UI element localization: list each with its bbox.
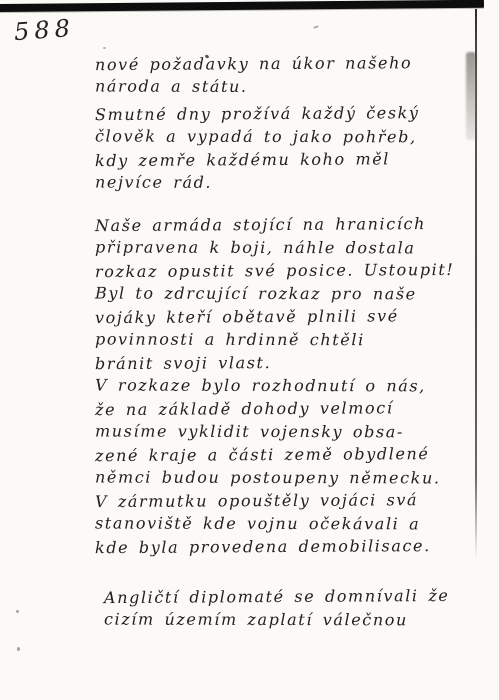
scan-edge-top: [0, 0, 484, 12]
paper-speck: [103, 47, 106, 49]
paper-speck: [313, 25, 319, 29]
paragraph: Naše armáda stojící na hranicích připrav…: [95, 213, 467, 558]
paragraph: Smutné dny prožívá každý český člověk a …: [95, 102, 467, 194]
scan-smudge: [466, 52, 476, 140]
handwritten-line: němci budou postoupeny německu.: [95, 466, 467, 490]
handwritten-line: stanoviště kde vojnu očekávali a: [95, 512, 467, 536]
handwritten-line: cizím územím zaplatí válečnou: [95, 608, 467, 632]
handwritten-line: národa a státu.: [95, 75, 467, 99]
paragraph: nové požadavky na úkor našeho národa a s…: [95, 52, 467, 98]
handwritten-line: připravena k boji, náhle dostala: [95, 236, 467, 260]
paper-speck: [17, 647, 20, 651]
handwritten-line: zené kraje a části země obydlené: [95, 442, 467, 467]
handwritten-line: Byl to zdrcující rozkaz pro naše: [95, 282, 467, 306]
handwritten-line: vojáky kteří obětavě plnili své: [95, 304, 467, 329]
handwritten-line: rozkaz opustit své posice. Ustoupit!: [95, 258, 467, 283]
handwritten-line: Naše armáda stojící na hranicích: [95, 212, 467, 237]
handwritten-line: kdy zemře každému koho měl: [95, 147, 467, 172]
manuscript-text: nové požadavky na úkor našeho národa a s…: [95, 52, 467, 631]
handwritten-line: V zármutku opouštěly vojáci svá: [95, 488, 467, 513]
handwritten-line: musíme vyklidit vojensky obsa-: [95, 420, 467, 444]
handwritten-line: Smutné dny prožívá každý český: [95, 101, 467, 126]
page-number: 588: [13, 14, 76, 46]
handwritten-line: bránit svoji vlast.: [95, 350, 467, 375]
handwritten-line: povinnosti a hrdinně chtěli: [95, 328, 467, 352]
paper-speck: [16, 610, 19, 613]
handwritten-line: nejvíce rád.: [95, 171, 467, 195]
handwritten-line: V rozkaze bylo rozhodnutí o nás,: [95, 374, 467, 398]
handwritten-line: nové požadavky na úkor našeho: [95, 51, 467, 76]
scanned-manuscript-page: 588 nové požadavky na úkor našeho národa…: [0, 0, 499, 700]
handwritten-line: že na základě dohody velmocí: [95, 396, 467, 421]
handwritten-line: Angličtí diplomaté se domnívali že: [95, 584, 467, 609]
handwritten-line: člověk a vypadá to jako pohřeb,: [95, 125, 467, 149]
handwritten-line: kde byla provedena demobilisace.: [95, 534, 467, 559]
paragraph: Angličtí diplomaté se domnívali že cizím…: [95, 585, 467, 631]
